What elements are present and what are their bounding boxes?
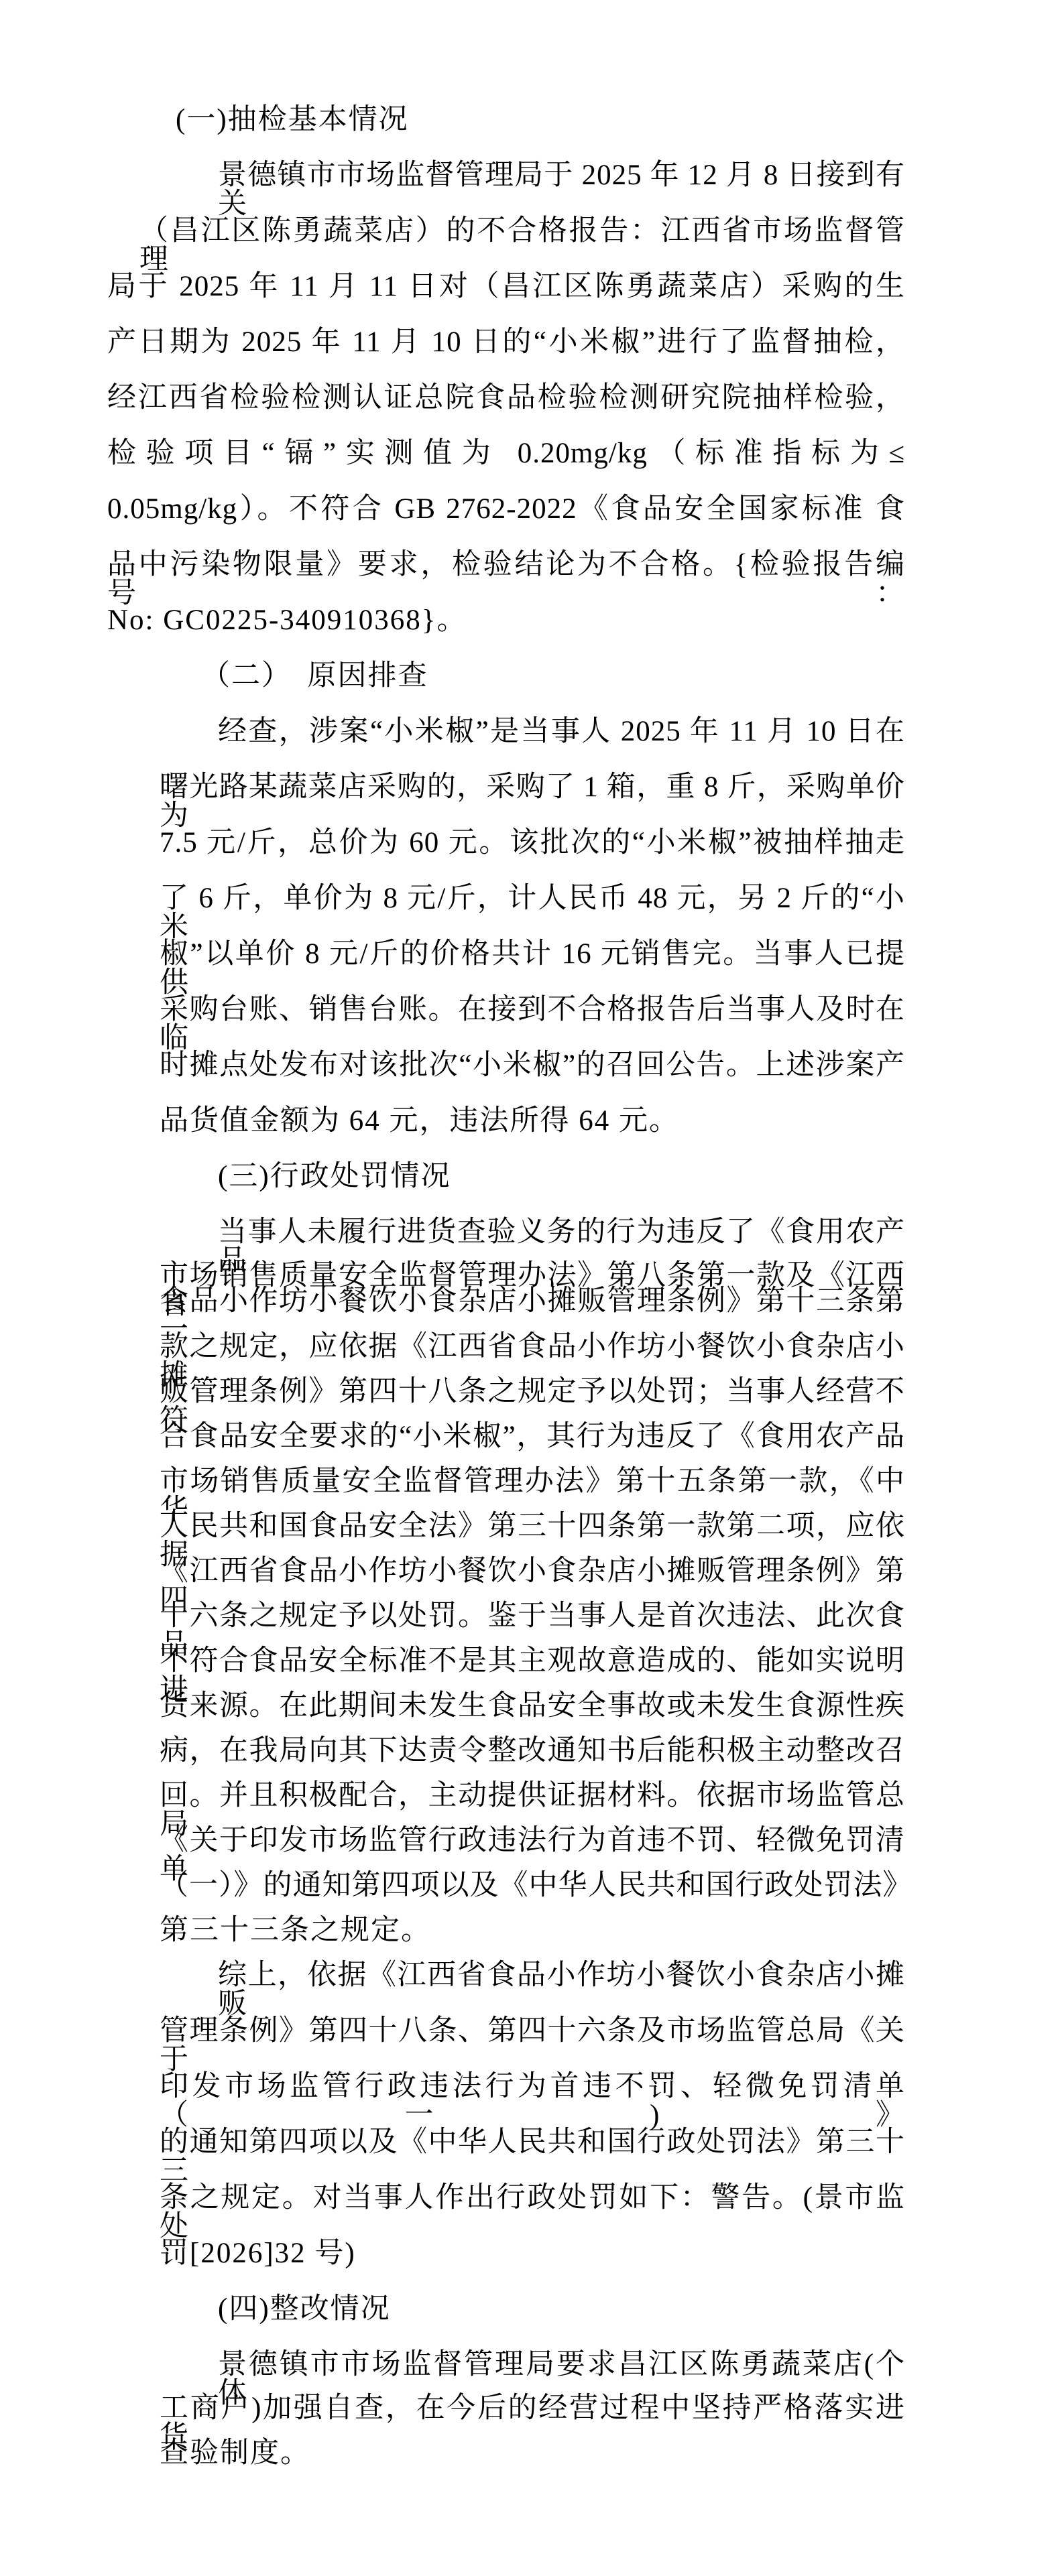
text-line: 罚[2026]32 号) [160, 2239, 905, 2268]
text-line: 当事人未履行进货查验义务的行为违反了《食用农产品 [218, 1218, 905, 1246]
text-line: 款之规定，应依据《江西省食品小作坊小餐饮小食杂店小摊 [160, 1332, 905, 1361]
text-line: 0.05mg/kg）。不符合 GB 2762-2022《食品安全国家标准 食 [107, 495, 905, 523]
text-line: 的通知第四项以及《中华人民共和国行政处罚法》第三十三 [160, 2128, 905, 2156]
text-line: 曙光路某蔬菜店采购的，采购了 1 箱，重 8 斤，采购单价为 [160, 773, 905, 801]
section-heading: (四)整改情况 [218, 2295, 1064, 2323]
text-line: 采购台账、销售台账。在接到不合格报告后当事人及时在临 [160, 995, 905, 1024]
text-line: 景德镇市市场监督管理局于 2025 年 12 月 8 日接到有关 [218, 161, 905, 190]
text-line: 综上，依据《江西省食品小作坊小餐饮小食杂店小摊贩 [218, 1961, 905, 1990]
text-line: 经查，涉案“小米椒”是当事人 2025 年 11 月 10 日在 [218, 717, 905, 746]
text-line: 《关于印发市场监管行政违法行为首违不罚、轻微免罚清单 [160, 1826, 905, 1855]
text-line: 病，在我局向其下达责令整改通知书后能积极主动整改召 [160, 1736, 905, 1765]
document-text-block: (一)抽检基本情况景德镇市市场监督管理局于 2025 年 12 月 8 日接到有… [0, 105, 1064, 2467]
text-line: 回。并且积极配合，主动提供证据材料。依据市场监管总局 [160, 1781, 905, 1810]
text-line: 人民共和国食品安全法》第三十四条第一款第二项，应依据 [160, 1512, 905, 1541]
text-line: 景德镇市市场监督管理局要求昌江区陈勇蔬菜店(个体 [218, 2350, 905, 2379]
text-line: 货来源。在此期间未发生食品安全事故或未发生食源性疾 [160, 1691, 905, 1720]
text-line: 食品小作坊小餐饮小食杂店小摊贩管理条例》第十三条第一 [160, 1287, 905, 1315]
text-line: 局于 2025 年 11 月 11 日对（昌江区陈勇蔬菜店）采购的生 [107, 272, 905, 301]
text-line: 产日期为 2025 年 11 月 10 日的“小米椒”进行了监督抽检， [107, 328, 905, 357]
text-line: 条之规定。对当事人作出行政处罚如下：警告。(景市监处 [160, 2183, 905, 2212]
text-line: 7.5 元/斤，总价为 60 元。该批次的“小米椒”被抽样抽走 [160, 828, 905, 857]
section-heading: (一)抽检基本情况 [176, 105, 1064, 134]
document-page: (一)抽检基本情况景德镇市市场监督管理局于 2025 年 12 月 8 日接到有… [0, 0, 1064, 2576]
text-line: 查验制度。 [160, 2439, 905, 2467]
text-line: 检验项目“镉”实测值为 0.20mg/kg（标准指标为≤ [107, 439, 905, 468]
section-heading: （二） 原因排查 [201, 661, 1064, 690]
text-line: （一）》的通知第四项以及《中华人民共和国行政处罚法》 [160, 1871, 905, 1900]
text-line: 第三十三条之规定。 [160, 1916, 905, 1945]
text-line: 印发市场监管行政违法行为首违不罚、轻微免罚清单（一)》 [160, 2072, 905, 2101]
text-line: 工商户)加强自查，在今后的经营过程中坚持严格落实进货 [160, 2394, 905, 2423]
text-line: No: GC0225-340910368}。 [107, 606, 905, 635]
text-line: 合食品安全要求的“小米椒”，其行为违反了《食用农产品 [160, 1422, 905, 1451]
section-heading: (三)行政处罚情况 [218, 1162, 1064, 1191]
text-line: 经江西省检验检测认证总院食品检验检测研究院抽样检验， [107, 383, 905, 412]
text-line: 市场销售质量安全监督管理办法》第十五条第一款，《中华 [160, 1467, 905, 1496]
text-line: 品中污染物限量》要求，检验结论为不合格。{检验报告编号： [107, 550, 905, 579]
text-line: 《江西省食品小作坊小餐饮小食杂店小摊贩管理条例》第四 [160, 1557, 905, 1586]
text-line: 不符合食品安全标准不是其主观故意造成的、能如实说明进 [160, 1647, 905, 1675]
text-line: 了 6 斤，单价为 8 元/斤，计人民币 48 元，另 2 斤的“小米 [160, 884, 905, 913]
text-line: 椒”以单价 8 元/斤的价格共计 16 元销售完。当事人已提供 [160, 940, 905, 968]
text-line: （昌江区陈勇蔬菜店）的不合格报告：江西省市场监督管理 [139, 216, 905, 245]
text-line: 时摊点处发布对该批次“小米椒”的召回公告。上述涉案产 [160, 1051, 905, 1080]
text-line: 贩管理条例》第四十八条之规定予以处罚；当事人经营不符 [160, 1377, 905, 1406]
text-line: 十六条之规定予以处罚。鉴于当事人是首次违法、此次食品 [160, 1602, 905, 1630]
text-line: 品货值金额为 64 元，违法所得 64 元。 [160, 1106, 905, 1135]
text-line: 管理条例》第四十八条、第四十六条及市场监管总局《关于 [160, 2016, 905, 2045]
